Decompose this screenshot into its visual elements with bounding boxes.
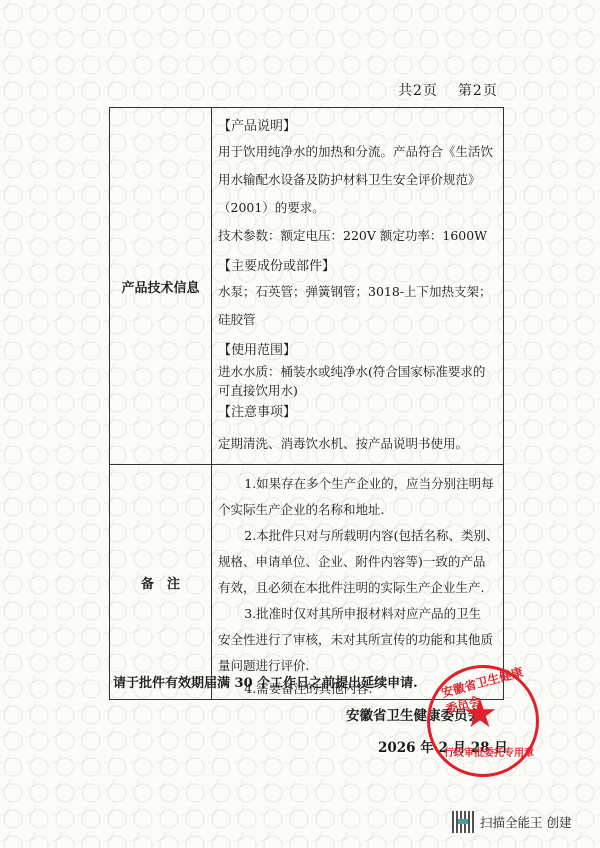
- seal-bottom-text: 行政审批委托专用章: [444, 744, 534, 759]
- approval-table: 产品技术信息 【产品说明】 用于饮用纯净水的加热和分流。产品符合《生活饮 用水输…: [109, 107, 504, 700]
- qr-code-icon: [452, 811, 474, 833]
- remark-line: 有效，且必须在本批件注明的实际生产企业生产.: [218, 575, 499, 601]
- components-line: 水泵；石英管；弹簧钢管；3018-上下加热支架；: [218, 278, 499, 306]
- watermark-text: 扫描全能王 创建: [480, 813, 571, 831]
- remark-line: 2.本批件只对与所载明内容(包括名称、类别、: [218, 523, 499, 549]
- components-title: 【主要成份或部件】: [218, 256, 499, 278]
- remark-line: 3.批准时仅对其所申报材料对应产品的卫生: [218, 601, 499, 627]
- page-indicator: 共2页第2页: [398, 80, 518, 100]
- usage-line: 可直接饮用水): [218, 383, 499, 398]
- product-desc-line: （2001）的要求。: [218, 194, 499, 222]
- remark-line: 安全性进行了审核，未对其所宣传的功能和其他质: [218, 627, 499, 653]
- current-page: 第2页: [458, 83, 498, 99]
- usage-title: 【使用范围】: [218, 340, 499, 362]
- renewal-notice: 请于批件有效期届满 30 个工作日之前提出延续申请.: [113, 672, 418, 691]
- remarks-content: 1.如果存在多个生产企业的，应当分别注明每 个实际生产企业的名称和地址. 2.本…: [212, 465, 504, 700]
- remark-line: 1.如果存在多个生产企业的，应当分别注明每: [218, 471, 499, 497]
- remarks-row: 备 注 1.如果存在多个生产企业的，应当分别注明每 个实际生产企业的名称和地址.…: [110, 465, 504, 700]
- product-desc-title: 【产品说明】: [218, 116, 499, 138]
- components-line: 硅胶管: [218, 306, 499, 334]
- caution-title: 【注意事项】: [218, 402, 499, 424]
- product-desc-line: 用水输配水设备及防护材料卫生安全评价规范》: [218, 166, 499, 194]
- usage-line: 进水水质：桶装水或纯净水(符合国家标准要求的: [218, 364, 499, 379]
- caution-text: 定期清洗、消毒饮水机、按产品说明书使用。: [218, 430, 499, 458]
- tech-info-content: 【产品说明】 用于饮用纯净水的加热和分流。产品符合《生活饮 用水输配水设备及防护…: [212, 108, 504, 465]
- total-pages: 共2页: [398, 83, 438, 99]
- remark-line: 个实际生产企业的名称和地址.: [218, 497, 499, 523]
- official-seal: ★ 安徽省卫生健康委员会 行政审批委托专用章: [427, 665, 539, 777]
- remark-line: 规格、申请单位、企业、附件内容等)一致的产品: [218, 549, 499, 575]
- tech-info-label: 产品技术信息: [110, 108, 212, 465]
- tech-params: 技术参数：额定电压：220V 额定功率：1600W: [218, 222, 499, 250]
- product-desc-line: 用于饮用纯净水的加热和分流。产品符合《生活饮: [218, 138, 499, 166]
- remarks-label: 备 注: [110, 465, 212, 700]
- tech-info-row: 产品技术信息 【产品说明】 用于饮用纯净水的加热和分流。产品符合《生活饮 用水输…: [110, 108, 504, 465]
- scanner-watermark: 扫描全能王 创建: [452, 811, 571, 833]
